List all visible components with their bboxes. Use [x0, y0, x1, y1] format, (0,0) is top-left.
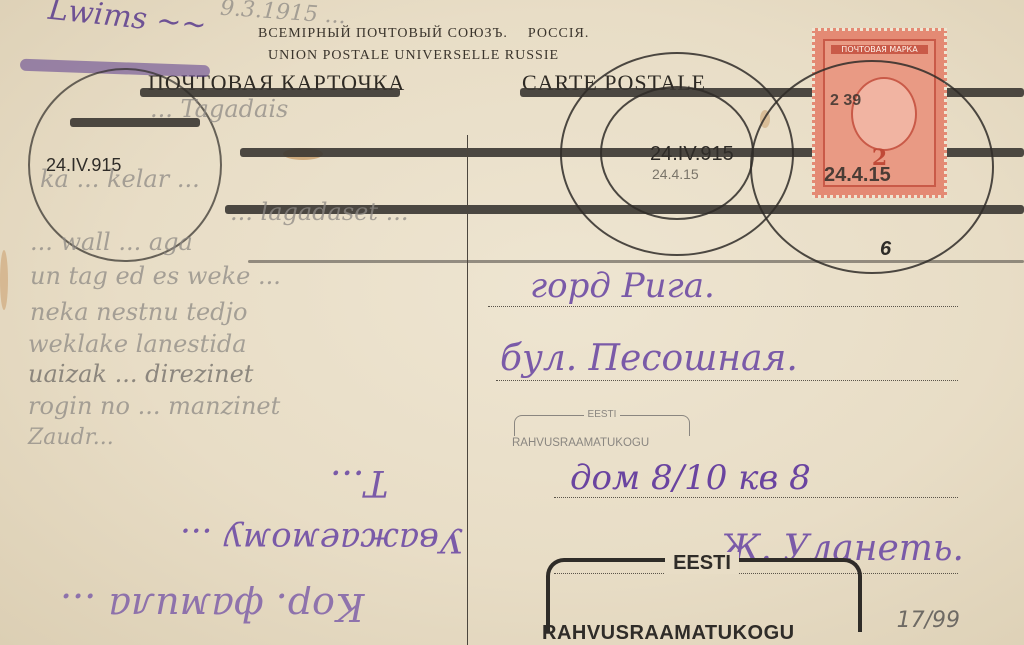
stamp-label: ПОЧТОВАЯ МАРКА [831, 45, 928, 54]
postmark-center-secondary-date: 24.4.15 [652, 166, 699, 182]
message-line: weklake lanestida [28, 330, 247, 358]
library-stamp-large-top: EESTI [665, 552, 739, 574]
header-line-2: UNION POSTALE UNIVERSELLE RUSSIE [268, 48, 559, 64]
postcard: ВСЕМIРНЫЙ ПОЧТОВЫЙ СОЮЗЪ.РОССIЯ. UNION P… [0, 0, 1024, 645]
library-stamp-small-bottom: RAHVUSRAAMATUKOGU [512, 437, 649, 449]
catalog-number: 17/99 [897, 608, 960, 633]
message-line: rogin no ... manzinet [28, 392, 280, 420]
library-stamp-large-bottom: RAHVUSRAAMATUKOGU [542, 622, 795, 645]
message-line: uaizak ... direzinet [28, 360, 253, 388]
message-line: ... wall ... aga [30, 228, 193, 256]
card-divider [467, 135, 468, 645]
library-stamp-small: EESTI RAHVUSRAAMATUKOGU [512, 413, 692, 453]
inverted-ink-line: Уважаемому ... [180, 520, 463, 560]
header-country: РОССIЯ. [528, 26, 589, 41]
inverted-ink-line: Т... [330, 462, 388, 503]
library-stamp-large: EESTI RAHVUSRAAMATUKOGU [542, 552, 862, 645]
address-city: горд Рига. [530, 266, 715, 306]
library-stamp-small-top: EESTI [584, 409, 621, 420]
stain [0, 250, 8, 310]
inverted-ink-line: Кор. фамила ... [60, 585, 364, 629]
address-house: дом 8/10 кв 8 [570, 458, 811, 498]
message-line: ka ... kelar ... [40, 165, 200, 193]
address-line [496, 380, 958, 381]
postmark-right-code: 6 [880, 238, 891, 261]
message-line: Zaudr... [28, 425, 114, 450]
message-line: un tag ed es weke ... [30, 262, 281, 290]
address-line [488, 306, 958, 307]
ink-scribble: Lwims ~~ [47, 0, 209, 43]
address-street: бул. Песошная. [500, 338, 798, 379]
message-line: neka nestnu tedjo [30, 298, 247, 326]
pencil-date-note: 9.3.1915 ... [219, 0, 346, 29]
header-line-1: ВСЕМIРНЫЙ ПОЧТОВЫЙ СОЮЗЪ.РОССIЯ. [258, 26, 589, 42]
header-ru: ВСЕМIРНЫЙ ПОЧТОВЫЙ СОЮЗЪ. [258, 26, 508, 41]
postmark-right-date: 24.4.15 [824, 164, 891, 187]
postmark-center-date: 24.IV.915 [650, 143, 734, 166]
message-line: ... lagadaset ... [230, 198, 409, 226]
postmark-right-top-number: 2 39 [830, 92, 861, 110]
message-line: ... Tagadais [150, 95, 288, 123]
